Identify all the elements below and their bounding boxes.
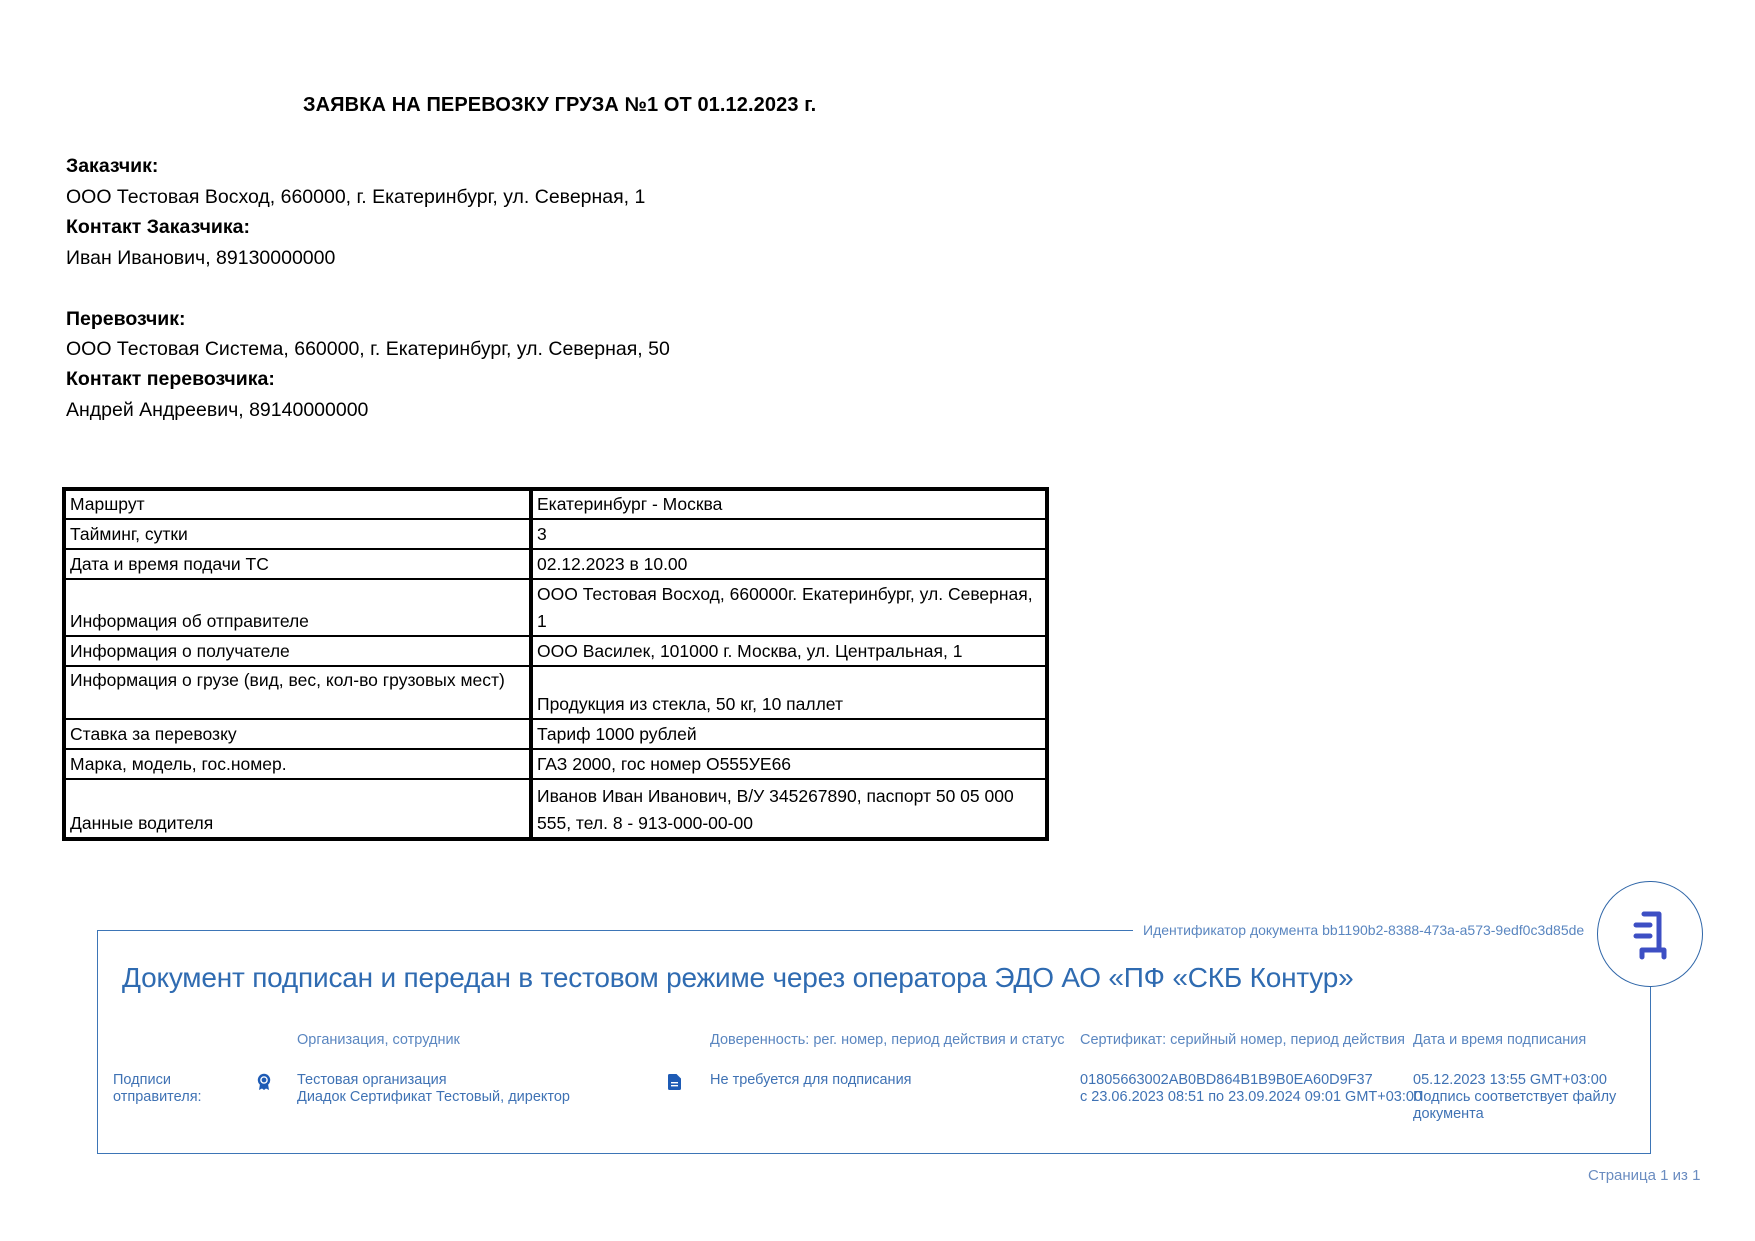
customer-value: ООО Тестовая Восход, 660000, г. Екатерин… [66, 186, 645, 209]
row-value: Екатеринбург - Москва [531, 489, 1047, 519]
table-row: Дата и время подачи ТС 02.12.2023 в 10.0… [64, 549, 1047, 579]
carrier-contact-value: Андрей Андреевич, 89140000000 [66, 399, 368, 422]
table-row: Данные водителя Иванов Иван Иванович, В/… [64, 779, 1047, 839]
carrier-value: ООО Тестовая Система, 660000, г. Екатери… [66, 338, 670, 361]
document-id: Идентификатор документа bb1190b2-8388-47… [1143, 922, 1584, 938]
row-key: Тайминг, сутки [64, 519, 531, 549]
customer-label: Заказчик: [66, 155, 158, 178]
org-name: Тестовая организация [297, 1072, 570, 1089]
certificate-badge-icon [256, 1073, 272, 1096]
employee-name: Диадок Сертификат Тестовый, директор [297, 1089, 570, 1106]
customer-contact-value: Иван Иванович, 89130000000 [66, 247, 335, 270]
row-value: Тариф 1000 рублей [531, 719, 1047, 749]
signature-status: Подпись соответствует файлу [1413, 1089, 1616, 1106]
certificate-info: 01805663002AB0BD864B1B9B0EA60D9F37 с 23.… [1080, 1072, 1422, 1106]
document-title: ЗАЯВКА НА ПЕРЕВОЗКУ ГРУЗА №1 ОТ 01.12.20… [303, 94, 816, 117]
stamp-title: Документ подписан и передан в тестовом р… [122, 962, 1354, 994]
table-row: Информация о грузе (вид, вес, кол-во гру… [64, 666, 1047, 719]
poa-value: Не требуется для подписания [710, 1072, 912, 1089]
signed-at: 05.12.2023 13:55 GMT+03:00 [1413, 1072, 1616, 1089]
header-datetime: Дата и время подписания [1413, 1032, 1586, 1048]
table-row: Маршрут Екатеринбург - Москва [64, 489, 1047, 519]
row-key: Данные водителя [64, 779, 531, 839]
signature-status-cont: документа [1413, 1106, 1616, 1123]
row-key: Информация о получателе [64, 636, 531, 666]
row-key: Информация о грузе (вид, вес, кол-во гру… [64, 666, 531, 719]
row-key: Ставка за перевозку [64, 719, 531, 749]
logo-connector [1650, 987, 1651, 1000]
row-value: Продукция из стекла, 50 кг, 10 паллет [531, 666, 1047, 719]
row-value: ООО Тестовая Восход, 660000г. Екатеринбу… [531, 579, 1047, 636]
row-key: Марка, модель, гос.номер. [64, 749, 531, 779]
row-value: Иванов Иван Иванович, В/У 345267890, пас… [531, 779, 1047, 839]
table-row: Ставка за перевозку Тариф 1000 рублей [64, 719, 1047, 749]
signer-label-line2: отправителя: [113, 1089, 202, 1106]
row-value: ГАЗ 2000, гос номер О555УЕ66 [531, 749, 1047, 779]
row-key: Дата и время подачи ТС [64, 549, 531, 579]
header-poa: Доверенность: рег. номер, период действи… [710, 1032, 1065, 1048]
page-number: Страница 1 из 1 [1588, 1167, 1700, 1184]
carrier-contact-label: Контакт перевозчика: [66, 368, 275, 391]
cargo-details-table: Маршрут Екатеринбург - Москва Тайминг, с… [62, 487, 1049, 841]
cert-period: с 23.06.2023 08:51 по 23.09.2024 09:01 G… [1080, 1089, 1422, 1106]
kontur-diadoc-logo-icon [1597, 881, 1703, 987]
cert-serial: 01805663002AB0BD864B1B9B0EA60D9F37 [1080, 1072, 1422, 1089]
table-row: Тайминг, сутки 3 [64, 519, 1047, 549]
table-row: Информация об отправителе ООО Тестовая В… [64, 579, 1047, 636]
header-org: Организация, сотрудник [297, 1032, 460, 1048]
customer-contact-label: Контакт Заказчика: [66, 216, 250, 239]
row-value: 3 [531, 519, 1047, 549]
document-icon [668, 1074, 681, 1095]
table-row: Марка, модель, гос.номер. ГАЗ 2000, гос … [64, 749, 1047, 779]
signer-label-line1: Подписи [113, 1072, 202, 1089]
row-value: 02.12.2023 в 10.00 [531, 549, 1047, 579]
signer-org: Тестовая организация Диадок Сертификат Т… [297, 1072, 570, 1106]
row-key: Маршрут [64, 489, 531, 519]
table-row: Информация о получателе ООО Василек, 101… [64, 636, 1047, 666]
carrier-label: Перевозчик: [66, 308, 186, 331]
signer-label: Подписи отправителя: [113, 1072, 202, 1106]
signing-datetime: 05.12.2023 13:55 GMT+03:00 Подпись соотв… [1413, 1072, 1616, 1123]
row-value: ООО Василек, 101000 г. Москва, ул. Центр… [531, 636, 1047, 666]
header-cert: Сертификат: серийный номер, период дейст… [1080, 1032, 1405, 1048]
row-key: Информация об отправителе [64, 579, 531, 636]
